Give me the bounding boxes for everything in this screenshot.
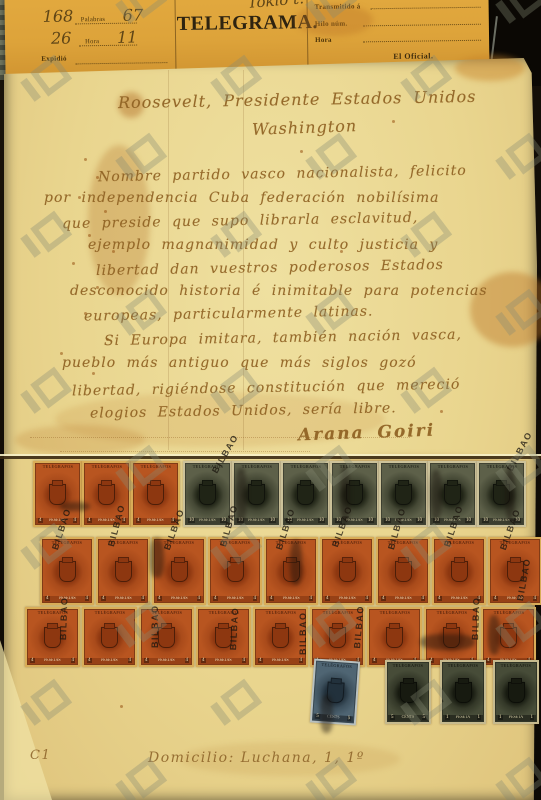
stamp-design: TELÉGRAFOS4PESETAS4	[27, 609, 78, 665]
stamp-value-band: 4PESETAS4	[28, 658, 77, 664]
stamp-design: TELÉGRAFOS1PESETA1	[495, 662, 537, 722]
stamp-value: 4	[299, 658, 304, 663]
stamp-value: 10	[416, 518, 423, 523]
stamp-value: 4	[325, 596, 330, 601]
stamp-value: 10	[384, 518, 391, 523]
stamp-value: 4	[213, 596, 218, 601]
stamp-value: 4	[533, 596, 538, 601]
stamp-country-label: TELÉGRAFOS	[241, 465, 272, 469]
stamp-value: 4	[30, 658, 35, 663]
stamp-value-band: 4PESETAS4	[211, 596, 259, 602]
stamp-value: 4	[38, 518, 43, 523]
stamp-unit: PESETAS	[339, 597, 356, 601]
stamp-country-label: TELÉGRAFOS	[42, 465, 73, 469]
stamp-value: 1	[445, 715, 450, 720]
coat-of-arms-icon	[59, 561, 76, 582]
stamp-unit: PESETAS	[147, 519, 164, 523]
stamp-value: 4	[309, 596, 314, 601]
stamp-value-band: 4PESETAS4	[199, 658, 248, 664]
stamp-unit: PESETAS	[199, 519, 216, 523]
stain	[455, 55, 525, 81]
stamp-country-label: TELÉGRAFOS	[393, 664, 424, 668]
telegraph-stamp: TELÉGRAFOS4PESETAS4	[25, 607, 80, 667]
stamp-value: 10	[465, 518, 472, 523]
coat-of-arms-icon	[115, 561, 132, 582]
body-line: por independencia Cuba federación nobilí…	[44, 190, 440, 206]
stamp-unit: PESETAS	[171, 597, 188, 601]
stamp-value: 10	[367, 518, 374, 523]
coat-of-arms-icon	[395, 484, 412, 505]
stamp-design: TELÉGRAFOS4PESETAS4	[35, 463, 80, 525]
coat-of-arms-icon	[98, 484, 115, 505]
smudge	[420, 634, 475, 650]
form-value: 168	[43, 6, 74, 25]
photograph: Tokio t. TELEGRAMA. 168Palabras6726Hora1…	[0, 0, 541, 800]
stamp-unit: PESETA	[509, 716, 523, 720]
dotted-line	[363, 24, 481, 27]
stamp-unit: PESETAS	[115, 597, 132, 601]
stamp-value: 4	[141, 596, 146, 601]
form-value: 11	[117, 28, 138, 47]
bilbao-overprint: BILBAO	[58, 597, 70, 641]
stamp-country-label: TELÉGRAFOS	[94, 611, 125, 615]
stamp-value-band: 1PESETA1	[496, 715, 536, 721]
speck	[300, 150, 303, 153]
stamp-value: 4	[365, 596, 370, 601]
coat-of-arms-icon	[386, 627, 403, 648]
stamp-value: 4	[258, 658, 263, 663]
stamp-unit: PESETAS	[158, 659, 175, 663]
coat-of-arms-icon	[49, 484, 66, 505]
telegraph-stamp: TELÉGRAFOS4PESETAS4	[196, 607, 251, 667]
smudge	[235, 468, 247, 523]
body-line: desconocido historia é inimitable para p…	[70, 283, 488, 299]
stamp-country-label: TELÉGRAFOS	[448, 664, 479, 668]
telegraph-stamp: TELÉGRAFOS10PESETAS10	[183, 461, 232, 527]
coat-of-arms-icon	[158, 627, 175, 648]
stamp-value-band: 4PESETAS4	[99, 596, 147, 602]
stamp-value: 10	[318, 518, 325, 523]
stamp-unit: PESETA	[456, 716, 470, 720]
smudge	[290, 540, 302, 585]
stamp-value: 4	[87, 658, 92, 663]
stamp-value: 4	[493, 596, 498, 601]
stamp-value: 10	[188, 518, 195, 523]
stamp-design: TELÉGRAFOS4PESETAS4	[322, 539, 372, 603]
form-value: 26	[51, 28, 72, 47]
stamp-unit: PESETAS	[227, 597, 244, 601]
stamp-value: 4	[437, 596, 442, 601]
stamp-unit: PESETAS	[272, 659, 289, 663]
handwritten-annotation: Tokio t.	[247, 0, 305, 12]
telegraph-stamp: TELÉGRAFOS4PESETAS4	[33, 461, 82, 527]
bilbao-overprint: BILBAO	[298, 612, 308, 656]
stamp-unit: PESETAS	[451, 597, 468, 601]
body-line: ejemplo magnanimidad y culto justicia y	[88, 237, 438, 253]
coat-of-arms-icon	[395, 561, 412, 582]
stamp-value: 10	[269, 518, 276, 523]
bilbao-overprint: BILBAO	[470, 597, 482, 641]
dotted-line	[75, 62, 167, 64]
stamp-value: 4	[101, 596, 106, 601]
coat-of-arms-icon	[147, 484, 164, 505]
stamp-country-label: TELÉGRAFOS	[379, 611, 410, 615]
stamp-country-label: TELÉGRAFOS	[265, 611, 296, 615]
stamp-value: 5	[347, 716, 352, 721]
stamp-value: 4	[269, 596, 274, 601]
stamp-design: TELÉGRAFOS5CÉNTS5	[312, 661, 358, 724]
stamp-country-label: TELÉGRAFOS	[437, 465, 468, 469]
stamp-unit: PESETAS	[248, 519, 265, 523]
coat-of-arms-icon	[508, 682, 525, 703]
stamp-value-band: 4PESETAS4	[142, 658, 191, 664]
stamp-value: 4	[128, 658, 133, 663]
stamp-design: TELÉGRAFOS4PESETAS4	[98, 539, 148, 603]
stamp-value: 4	[144, 658, 149, 663]
stamp-value: 4	[242, 658, 247, 663]
stamp-value-band: 4PESETAS4	[267, 596, 315, 602]
stamp-value: 4	[486, 658, 491, 663]
coat-of-arms-icon	[455, 682, 472, 703]
stamp-unit: PESETAS	[44, 659, 61, 663]
stamp-design: TELÉGRAFOS10PESETAS10	[185, 463, 230, 525]
smudge	[430, 470, 442, 520]
stamp-value: 10	[482, 518, 489, 523]
speck	[120, 705, 123, 708]
stamp-value: 4	[87, 518, 92, 523]
stamp-value-band: 4PESETAS4	[85, 658, 134, 664]
stamp-value: 4	[136, 518, 141, 523]
faint-rule	[60, 451, 310, 452]
stamp-value: 4	[197, 596, 202, 601]
footer-mark: C1	[30, 748, 51, 763]
form-title: TELEGRAMA.	[177, 11, 307, 36]
telegraph-stamp: TELÉGRAFOS4PESETAS4	[488, 537, 541, 605]
stamp-country-label: TELÉGRAFOS	[501, 664, 532, 668]
stamp-value-band: 4PESETAS4	[379, 596, 427, 602]
stamp-value-band: 4PESETAS4	[323, 596, 371, 602]
speck	[440, 410, 443, 413]
telegraph-stamp: TELÉGRAFOS1PESETA1	[440, 660, 486, 724]
stamp-value: 4	[201, 658, 206, 663]
stamp-value: 4	[372, 658, 377, 663]
speck	[84, 158, 87, 161]
stamp-design: TELÉGRAFOS4PESETAS4	[369, 609, 420, 665]
stamp-value: 4	[45, 596, 50, 601]
stamp-country-label: TELÉGRAFOS	[321, 663, 352, 669]
telegraph-stamp: TELÉGRAFOS4PESETAS4	[96, 537, 150, 605]
coat-of-arms-icon	[171, 561, 188, 582]
stamp-country-label: TELÉGRAFOS	[436, 611, 467, 615]
coat-of-arms-icon	[451, 561, 468, 582]
coat-of-arms-icon	[444, 484, 461, 505]
stamp-unit: PESETAS	[297, 519, 314, 523]
stamp-country-label: TELÉGRAFOS	[388, 465, 419, 469]
speck	[92, 372, 95, 375]
smudge	[150, 538, 164, 578]
stamp-value: 4	[73, 518, 78, 523]
stamp-value: 1	[530, 715, 535, 720]
coat-of-arms-icon	[339, 561, 356, 582]
telegraph-stamp: TELÉGRAFOS5CÉNTS5	[310, 658, 360, 725]
speck	[392, 120, 395, 123]
stamp-design: TELÉGRAFOS1PESETA1	[442, 662, 484, 722]
stamp-unit: PESETAS	[283, 597, 300, 601]
smudge	[320, 695, 333, 733]
telegraph-stamp: TELÉGRAFOS4PESETAS4	[320, 537, 374, 605]
smudge	[60, 502, 90, 511]
stamp-value: 4	[421, 596, 426, 601]
stamp-value-band: 1PESETA1	[443, 715, 483, 721]
telegraph-stamp: TELÉGRAFOS4PESETAS4	[367, 607, 422, 667]
stamp-value: 4	[157, 596, 162, 601]
stamp-unit: PESETAS	[101, 659, 118, 663]
stamp-value: 4	[381, 596, 386, 601]
form-field-label: Hora	[315, 36, 332, 44]
speck	[104, 210, 107, 213]
stamp-design: TELÉGRAFOS4PESETAS4	[198, 609, 249, 665]
dotted-line	[363, 40, 481, 43]
telegraph-stamp: TELÉGRAFOS1PESETA1	[493, 660, 539, 724]
stamp-value: 5	[390, 715, 395, 720]
stamp-value: 1	[477, 715, 482, 720]
stamp-value: 1	[498, 715, 503, 720]
coat-of-arms-icon	[248, 484, 265, 505]
coat-of-arms-icon	[297, 484, 314, 505]
paper-seam	[0, 454, 541, 459]
coat-of-arms-icon	[199, 484, 216, 505]
stamp-unit: PESETAS	[395, 597, 412, 601]
stamp-value: 4	[185, 658, 190, 663]
coat-of-arms-icon	[272, 627, 289, 648]
stamp-value: 4	[71, 658, 76, 663]
stamp-value-band: 4PESETAS4	[155, 596, 203, 602]
stamp-value: 4	[85, 596, 90, 601]
stamp-unit: PESETAS	[215, 659, 232, 663]
stamp-value-band: 10PESETAS10	[186, 518, 229, 524]
stamp-value-band: 4PESETAS4	[256, 658, 305, 664]
speck	[72, 262, 75, 265]
dotted-line	[371, 7, 481, 10]
stamp-value: 4	[253, 596, 258, 601]
